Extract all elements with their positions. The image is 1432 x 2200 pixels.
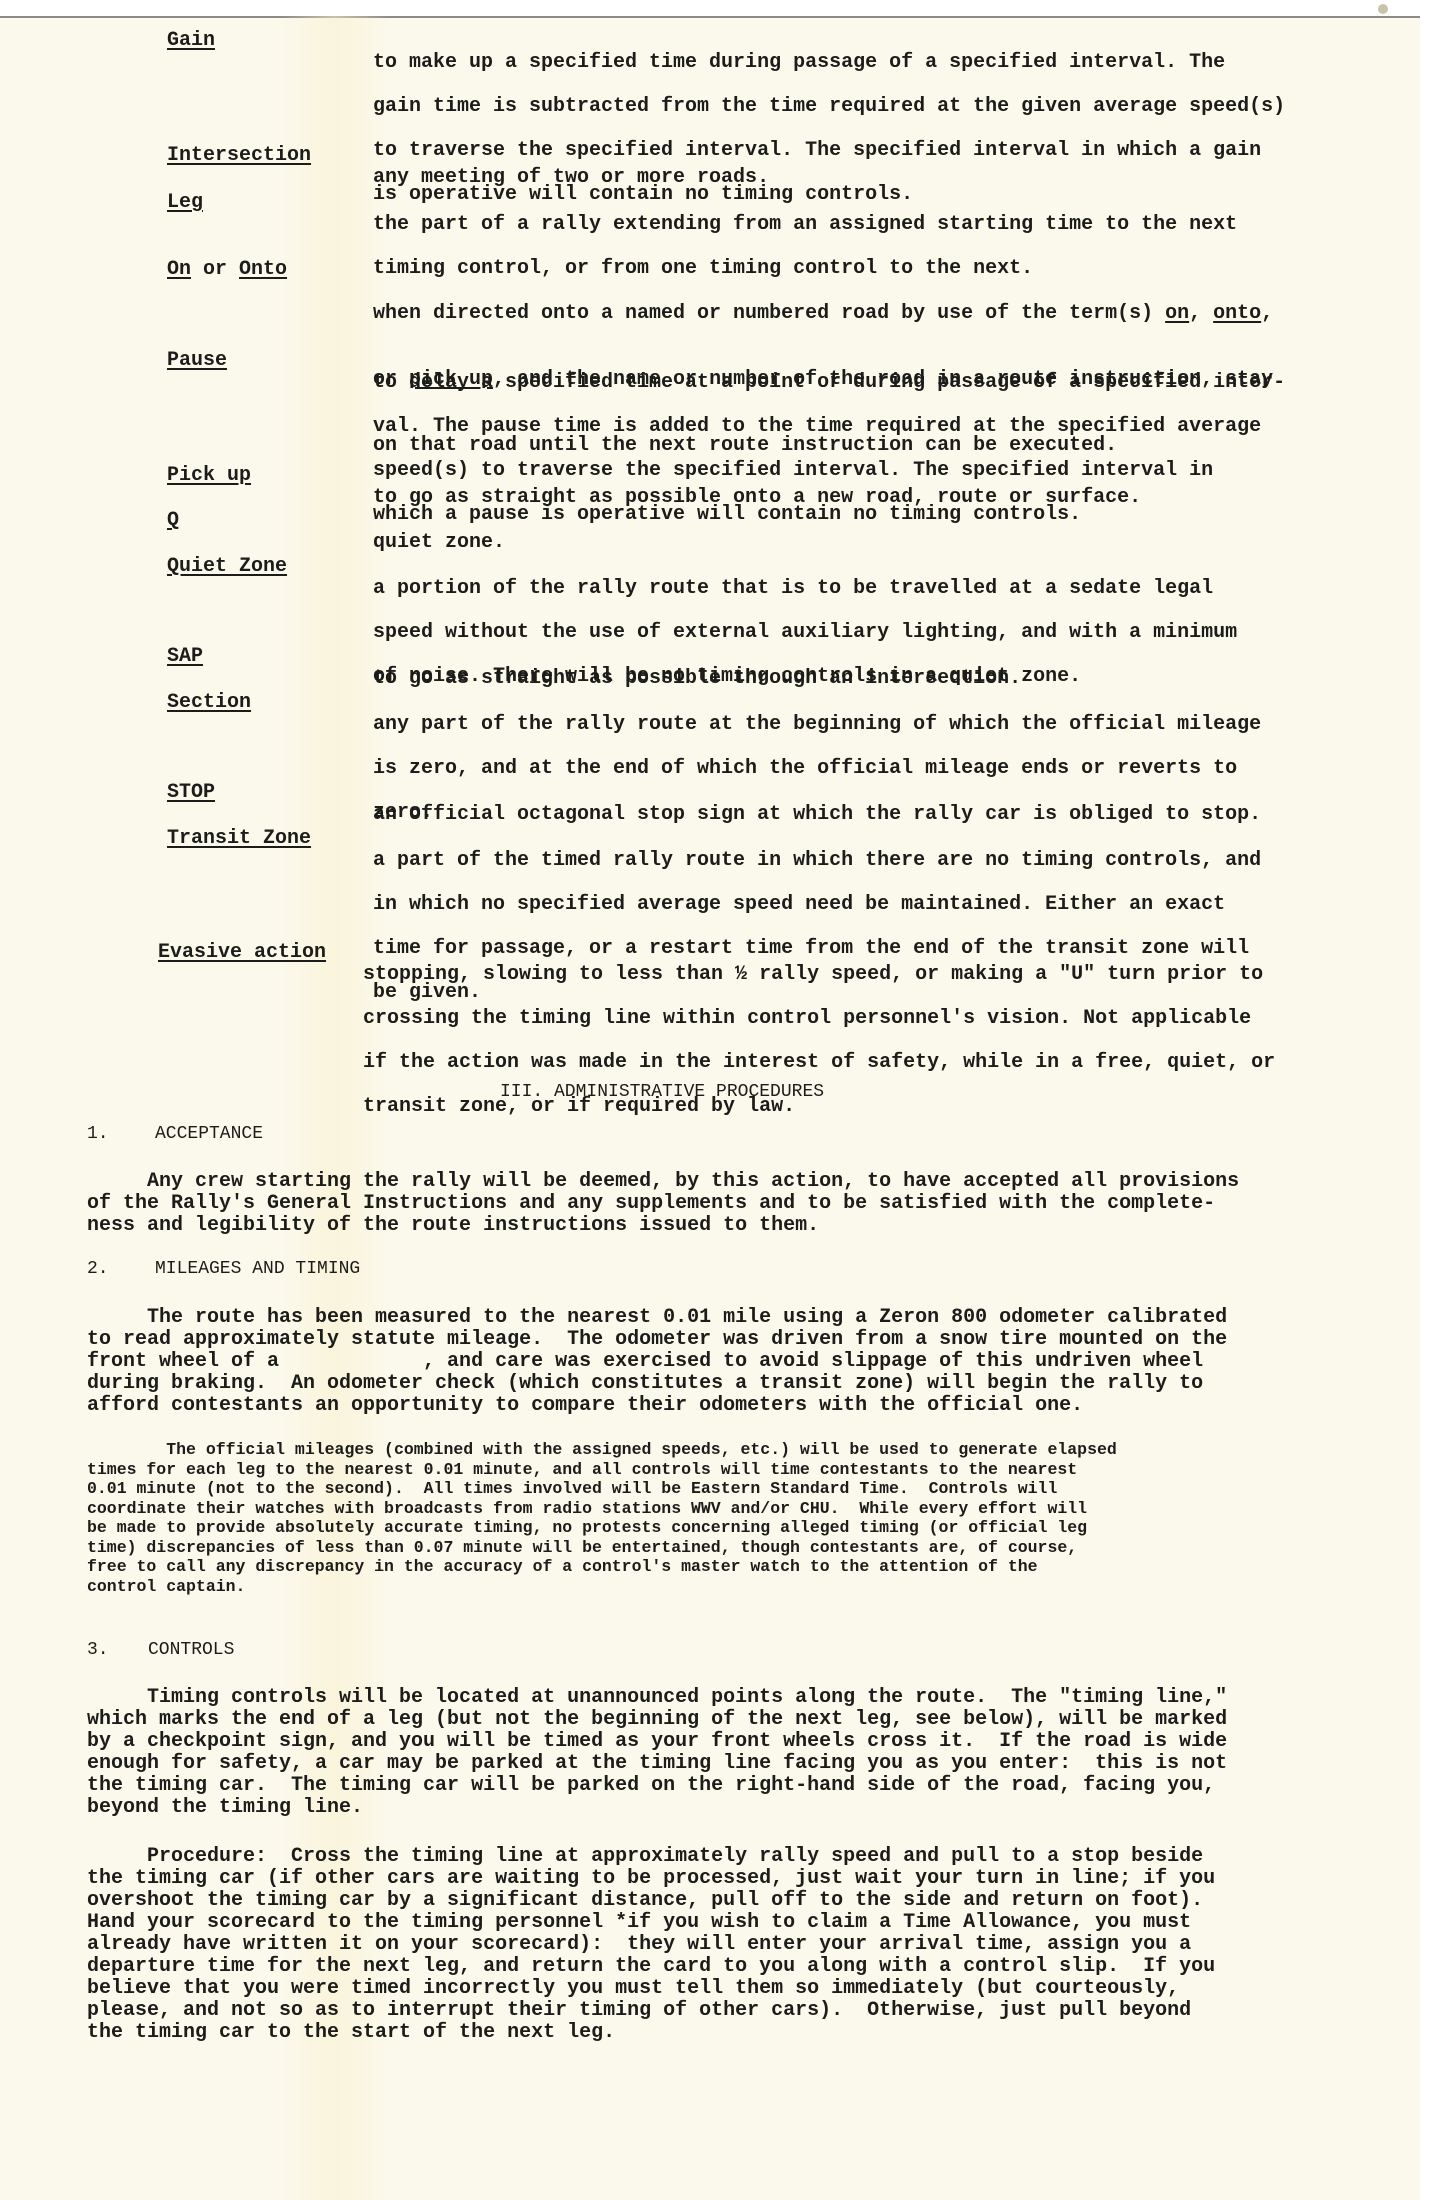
controls-paragraph: Timing controls will be located at unann… [87, 1687, 1407, 1819]
definition-term: Q [167, 510, 179, 532]
section-title: ACCEPTANCE [155, 1124, 263, 1144]
definition-term: Quiet Zone [167, 556, 287, 578]
definition-term: On or Onto [167, 259, 287, 281]
definition-term: Section [167, 692, 251, 714]
acceptance-paragraph: Any crew starting the rally will be deem… [87, 1171, 1407, 1237]
section-title: CONTROLS [148, 1640, 234, 1660]
section-number: 3. [87, 1640, 109, 1660]
section-number: 1. [87, 1124, 109, 1144]
section-title: MILEAGES AND TIMING [155, 1259, 360, 1279]
definition-term: Pick up [167, 465, 251, 487]
definition-term: Transit Zone [167, 828, 311, 850]
mileages-paragraph: The route has been measured to the neare… [87, 1307, 1407, 1417]
definition-term: SAP [167, 646, 203, 668]
definition-term: Leg [167, 192, 203, 214]
definition-term: Gain [167, 30, 215, 52]
definition-term: STOP [167, 782, 215, 804]
part-title: III. ADMINISTRATIVE PROCEDURES [500, 1082, 824, 1102]
procedure-paragraph: Procedure: Cross the timing line at appr… [87, 1846, 1407, 2044]
staple-mark [1378, 4, 1388, 14]
definition-term: Intersection [167, 145, 311, 167]
section-number: 2. [87, 1259, 109, 1279]
timing-paragraph: The official mileages (combined with the… [87, 1440, 1407, 1596]
definition-text: stopping, slowing to less than ½ rally s… [363, 942, 1398, 1140]
definition-term: Pause [167, 350, 227, 372]
definition-term: Evasive action [158, 942, 326, 964]
